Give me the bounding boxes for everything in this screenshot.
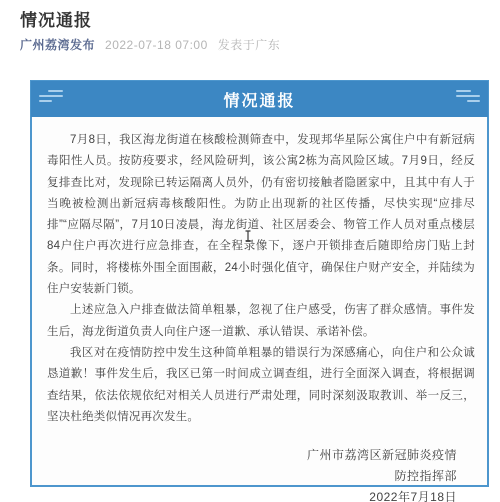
notice-paragraph: 我区对在疫情防控中发生这种简单粗暴的错误行为深感痛心，向住户和公众诚恳道歉！事件… bbox=[47, 343, 475, 428]
post-title: 情况通报 bbox=[20, 6, 92, 31]
signature-issuer-line2: 防控指挥部 bbox=[47, 466, 457, 487]
signature-issuer-line1: 广州市荔湾区新冠肺炎疫情 bbox=[47, 445, 457, 466]
notice-body: 7月8日，我区海龙街道在核酸检测筛查中，发现邦华星际公寓住户中有新冠病毒阳性人员… bbox=[32, 117, 487, 502]
signature-date: 2022年7月18日 bbox=[47, 487, 457, 502]
speed-lines-icon bbox=[456, 90, 480, 106]
publisher-account-link[interactable]: 广州荔湾发布 bbox=[20, 36, 95, 53]
post-region: 发表于广东 bbox=[218, 36, 281, 53]
notice-header: 情况通报 bbox=[31, 81, 488, 117]
signature-block: 广州市荔湾区新冠肺炎疫情 防控指挥部 2022年7月18日 bbox=[47, 445, 475, 502]
notice-paragraph: 7月8日，我区海龙街道在核酸检测筛查中，发现邦华星际公寓住户中有新冠病毒阳性人员… bbox=[47, 130, 475, 300]
text-ibeam-cursor bbox=[244, 230, 252, 242]
weibo-post-page: 情况通报 广州荔湾发布 2022-07-18 07:00 发表于广东 情况通报 … bbox=[0, 0, 500, 502]
notice-header-title: 情况通报 bbox=[223, 88, 295, 111]
post-timestamp: 2022-07-18 07:00 bbox=[105, 38, 208, 52]
notice-card: 情况通报 7月8日，我区海龙街道在核酸检测筛查中，发现邦华星际公寓住户中有新冠病… bbox=[30, 80, 489, 487]
post-byline: 广州荔湾发布 2022-07-18 07:00 发表于广东 bbox=[20, 36, 280, 53]
notice-paragraph: 上述应急入户排查做法简单粗暴，忽视了住户感受，伤害了群众感情。事件发生后，海龙街… bbox=[47, 300, 475, 343]
speed-lines-icon bbox=[39, 90, 63, 106]
